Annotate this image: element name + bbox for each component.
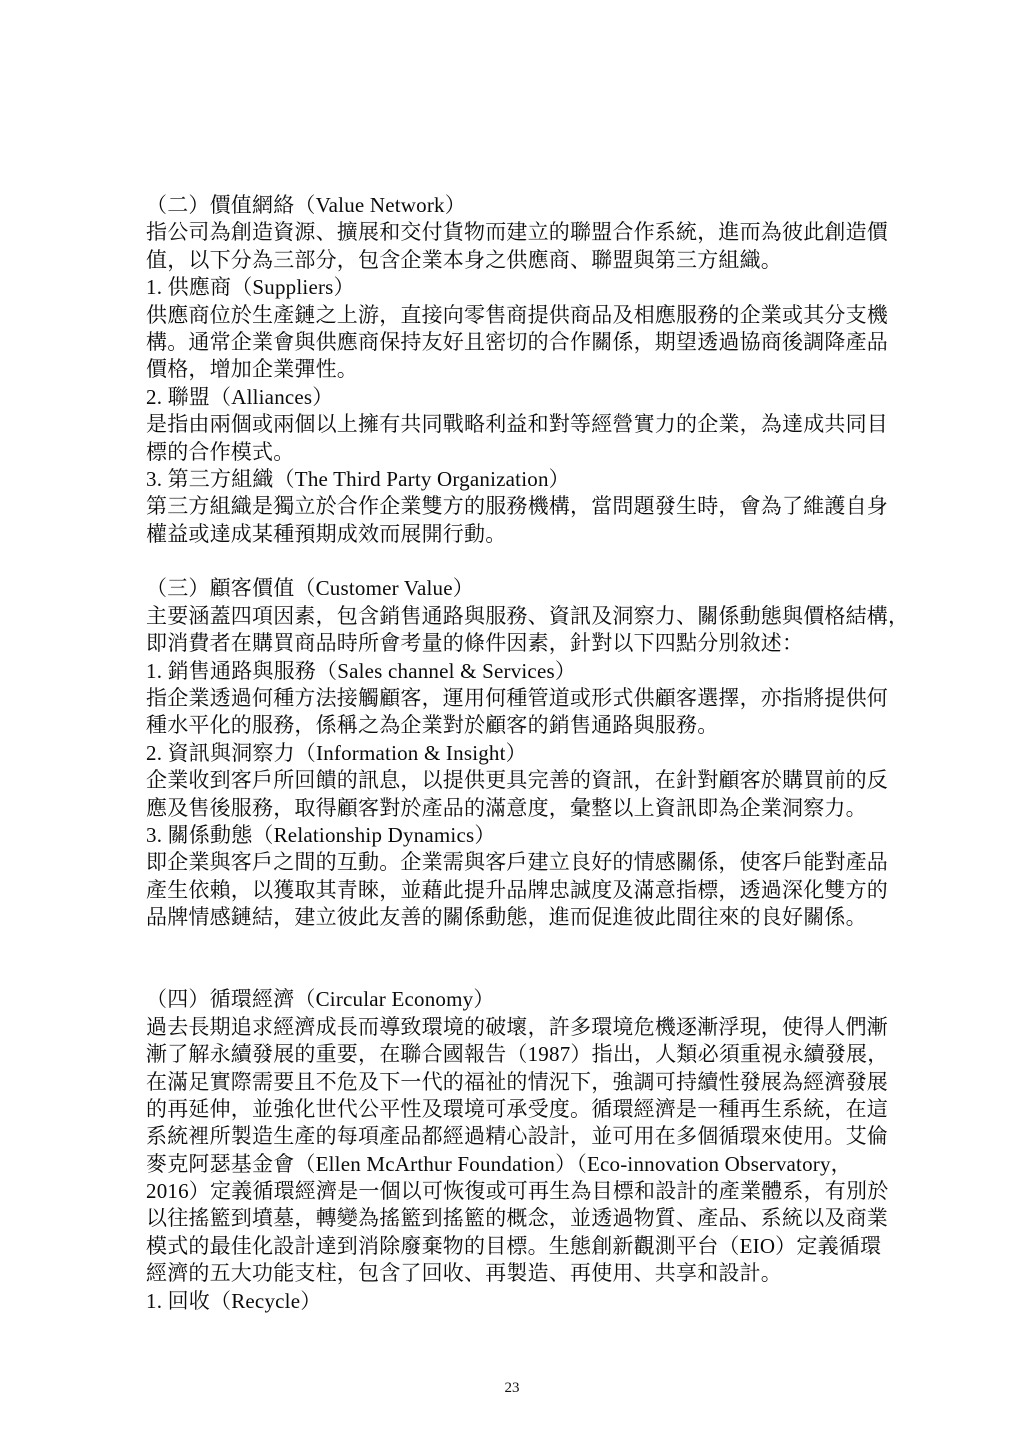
text-line: 以往搖籃到墳墓，轉變為搖籃到搖籃的概念，並透過物質、產品、系統以及商業 bbox=[146, 1205, 886, 1232]
text-line: 值，以下分為三部分，包含企業本身之供應商、聯盟與第三方組織。 bbox=[146, 247, 886, 274]
text-line: 3. 第三方組織（The Third Party Organization） bbox=[146, 466, 886, 493]
blank-line bbox=[146, 959, 886, 986]
text-line: 構。通常企業會與供應商保持友好且密切的合作關係，期望透過協商後調降產品 bbox=[146, 329, 886, 356]
text-line: 3. 關係動態（Relationship Dynamics） bbox=[146, 822, 886, 849]
text-line: 供應商位於生產鏈之上游，直接向零售商提供商品及相應服務的企業或其分支機 bbox=[146, 302, 886, 329]
document-body: （二）價值網絡（Value Network）指公司為創造資源、擴展和交付貨物而建… bbox=[146, 192, 886, 1315]
text-line: 的再延伸，並強化世代公平性及環境可承受度。循環經濟是一種再生系統，在這 bbox=[146, 1096, 886, 1123]
section-heading-customer-value: （三）顧客價值（Customer Value） bbox=[146, 575, 886, 602]
text-line: 1. 供應商（Suppliers） bbox=[146, 274, 886, 301]
text-line: 即企業與客戶之間的互動。企業需與客戶建立良好的情感關係，使客戶能對產品 bbox=[146, 849, 886, 876]
document-page: （二）價值網絡（Value Network）指公司為創造資源、擴展和交付貨物而建… bbox=[0, 0, 1024, 1448]
page-number: 23 bbox=[0, 1379, 1024, 1397]
text-line: 2016）定義循環經濟是一個以可恢復或可再生為目標和設計的產業體系，有別於 bbox=[146, 1178, 886, 1205]
text-line: 企業收到客戶所回饋的訊息，以提供更具完善的資訊，在針對顧客於購買前的反 bbox=[146, 767, 886, 794]
text-line: 2. 資訊與洞察力（Information & Insight） bbox=[146, 740, 886, 767]
text-line: 即消費者在購買商品時所會考量的條件因素，針對以下四點分別敘述： bbox=[146, 630, 886, 657]
blank-line bbox=[146, 548, 886, 575]
text-line: 系統裡所製造生產的每項產品都經過精心設計，並可用在多個循環來使用。艾倫 bbox=[146, 1123, 886, 1150]
text-line: 種水平化的服務，係稱之為企業對於顧客的銷售通路與服務。 bbox=[146, 712, 886, 739]
text-line: 1. 回收（Recycle） bbox=[146, 1288, 886, 1315]
text-line: 價格，增加企業彈性。 bbox=[146, 356, 886, 383]
blank-line bbox=[146, 932, 886, 959]
text-line: 第三方組織是獨立於合作企業雙方的服務機構，當問題發生時，會為了維護自身 bbox=[146, 493, 886, 520]
section-heading-value-network: （二）價值網絡（Value Network） bbox=[146, 192, 886, 219]
text-line: 是指由兩個或兩個以上擁有共同戰略利益和對等經營實力的企業，為達成共同目 bbox=[146, 411, 886, 438]
text-line: 經濟的五大功能支柱，包含了回收、再製造、再使用、共享和設計。 bbox=[146, 1260, 886, 1287]
text-line: 1. 銷售通路與服務（Sales channel & Services） bbox=[146, 658, 886, 685]
text-line: 模式的最佳化設計達到消除廢棄物的目標。生態創新觀測平台（EIO）定義循環 bbox=[146, 1233, 886, 1260]
section-heading-circular-economy: （四）循環經濟（Circular Economy） bbox=[146, 986, 886, 1013]
text-line: 權益或達成某種預期成效而展開行動。 bbox=[146, 521, 886, 548]
text-line: 應及售後服務，取得顧客對於產品的滿意度，彙整以上資訊即為企業洞察力。 bbox=[146, 795, 886, 822]
text-line: 在滿足實際需要且不危及下一代的福祉的情況下，強調可持續性發展為經濟發展 bbox=[146, 1069, 886, 1096]
text-line: 標的合作模式。 bbox=[146, 439, 886, 466]
text-line: 指公司為創造資源、擴展和交付貨物而建立的聯盟合作系統，進而為彼此創造價 bbox=[146, 219, 886, 246]
text-line: 品牌情感鏈結，建立彼此友善的關係動態，進而促進彼此間往來的良好關係。 bbox=[146, 904, 886, 931]
text-line: 過去長期追求經濟成長而導致環境的破壞，許多環境危機逐漸浮現，使得人們漸 bbox=[146, 1014, 886, 1041]
text-line: 麥克阿瑟基金會（Ellen McArthur Foundation）（Eco-i… bbox=[146, 1151, 886, 1178]
text-line: 主要涵蓋四項因素，包含銷售通路與服務、資訊及洞察力、關係動態與價格結構， bbox=[146, 603, 886, 630]
text-line: 指企業透過何種方法接觸顧客，運用何種管道或形式供顧客選擇，亦指將提供何 bbox=[146, 685, 886, 712]
text-line: 漸了解永續發展的重要，在聯合國報告（1987）指出，人類必須重視永續發展， bbox=[146, 1041, 886, 1068]
text-line: 2. 聯盟（Alliances） bbox=[146, 384, 886, 411]
text-line: 產生依賴，以獲取其青睞，並藉此提升品牌忠誠度及滿意指標，透過深化雙方的 bbox=[146, 877, 886, 904]
